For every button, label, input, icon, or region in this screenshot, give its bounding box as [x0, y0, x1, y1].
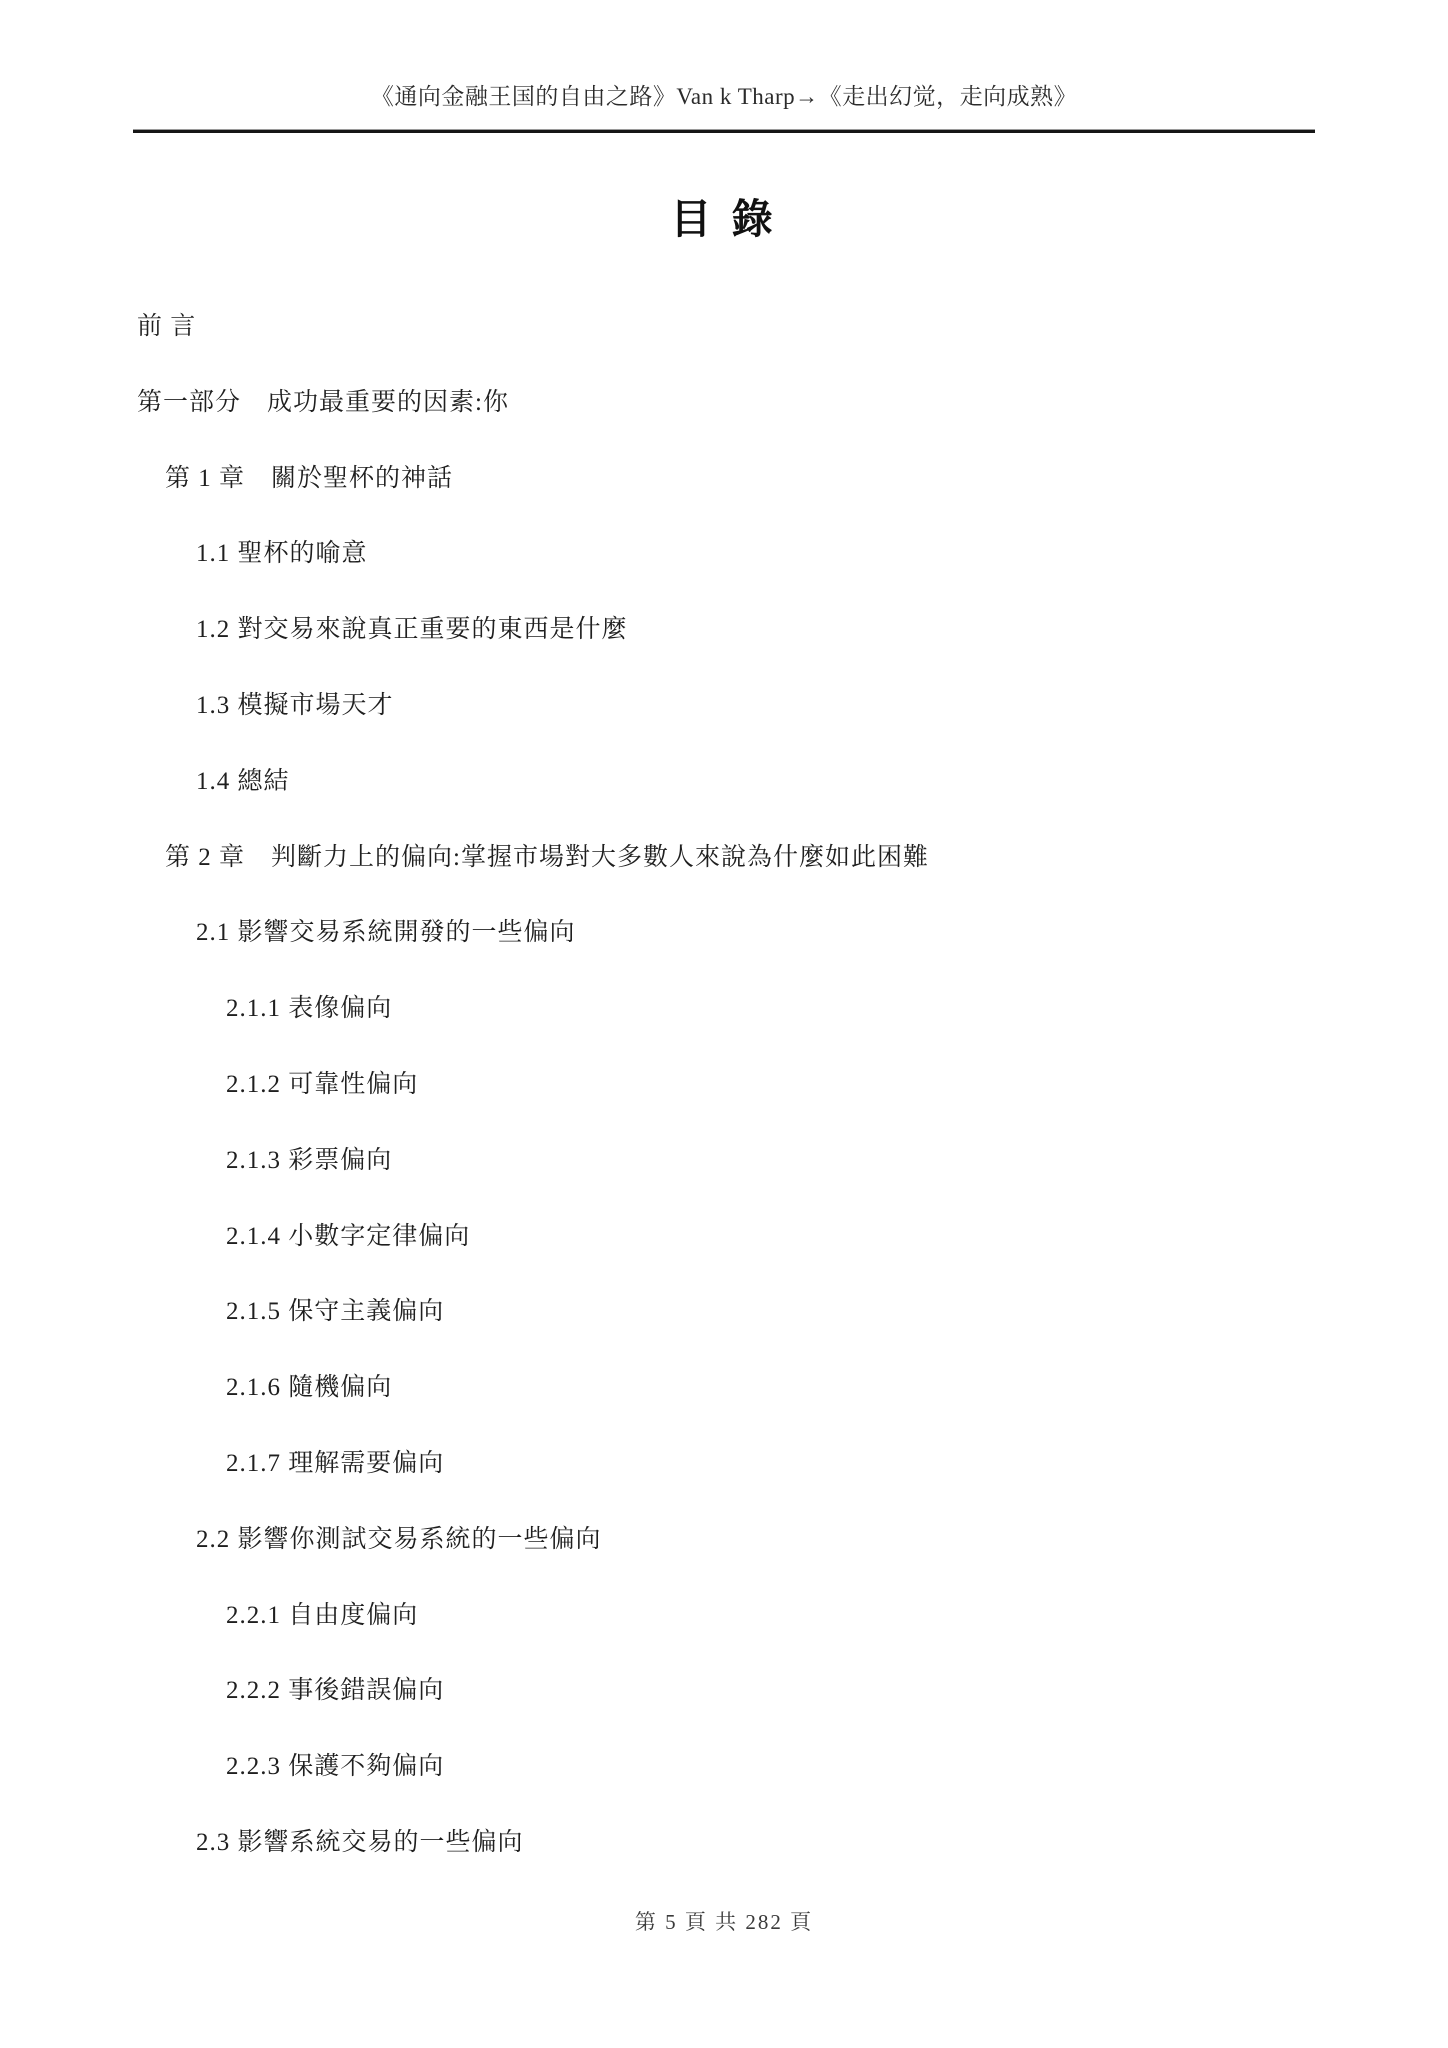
toc-entry: 第一部分 成功最重要的因素:你 — [0, 365, 1448, 441]
toc-entry: 2.1.5 保守主義偏向 — [0, 1274, 1448, 1350]
toc-entry: 前 言 — [0, 289, 1448, 365]
toc-entry: 2.1.1 表像偏向 — [0, 971, 1448, 1047]
toc-entry: 2.1.6 隨機偏向 — [0, 1350, 1448, 1426]
toc-entry: 2.1 影響交易系統開發的一些偏向 — [0, 895, 1448, 971]
header-rule — [133, 129, 1315, 133]
document-page: 《通向金融王国的自由之路》Van k Tharp→《走出幻觉，走向成熟》 目 錄… — [0, 0, 1448, 2048]
toc-entry: 2.1.7 理解需要偏向 — [0, 1426, 1448, 1502]
toc-entry: 2.2.2 事後錯誤偏向 — [0, 1653, 1448, 1729]
toc-entry: 第 2 章 判斷力上的偏向:掌握市場對大多數人來說為什麼如此困難 — [0, 820, 1448, 896]
running-header: 《通向金融王国的自由之路》Van k Tharp→《走出幻觉，走向成熟》 — [0, 78, 1448, 111]
toc-entry: 2.1.4 小數字定律偏向 — [0, 1199, 1448, 1275]
toc-entry: 2.1.2 可靠性偏向 — [0, 1047, 1448, 1123]
toc-entry: 2.3 影響系統交易的一些偏向 — [0, 1805, 1448, 1881]
toc-entry: 第 1 章 關於聖杯的神話 — [0, 441, 1448, 517]
toc-entry: 1.2 對交易來說真正重要的東西是什麼 — [0, 592, 1448, 668]
toc-entry: 2.2 影響你測試交易系統的一些偏向 — [0, 1502, 1448, 1578]
toc-entry: 2.1.3 彩票偏向 — [0, 1123, 1448, 1199]
toc-entry: 1.1 聖杯的喻意 — [0, 516, 1448, 592]
toc-entry: 2.2.1 自由度偏向 — [0, 1578, 1448, 1654]
page-title: 目 錄 — [0, 186, 1448, 245]
toc-entry: 1.3 模擬市場天才 — [0, 668, 1448, 744]
toc-list: 前 言第一部分 成功最重要的因素:你第 1 章 關於聖杯的神話1.1 聖杯的喻意… — [0, 289, 1448, 1881]
toc-entry: 1.4 總結 — [0, 744, 1448, 820]
page-number-footer: 第 5 頁 共 282 頁 — [0, 1906, 1448, 1936]
toc-entry: 2.2.3 保護不夠偏向 — [0, 1729, 1448, 1805]
